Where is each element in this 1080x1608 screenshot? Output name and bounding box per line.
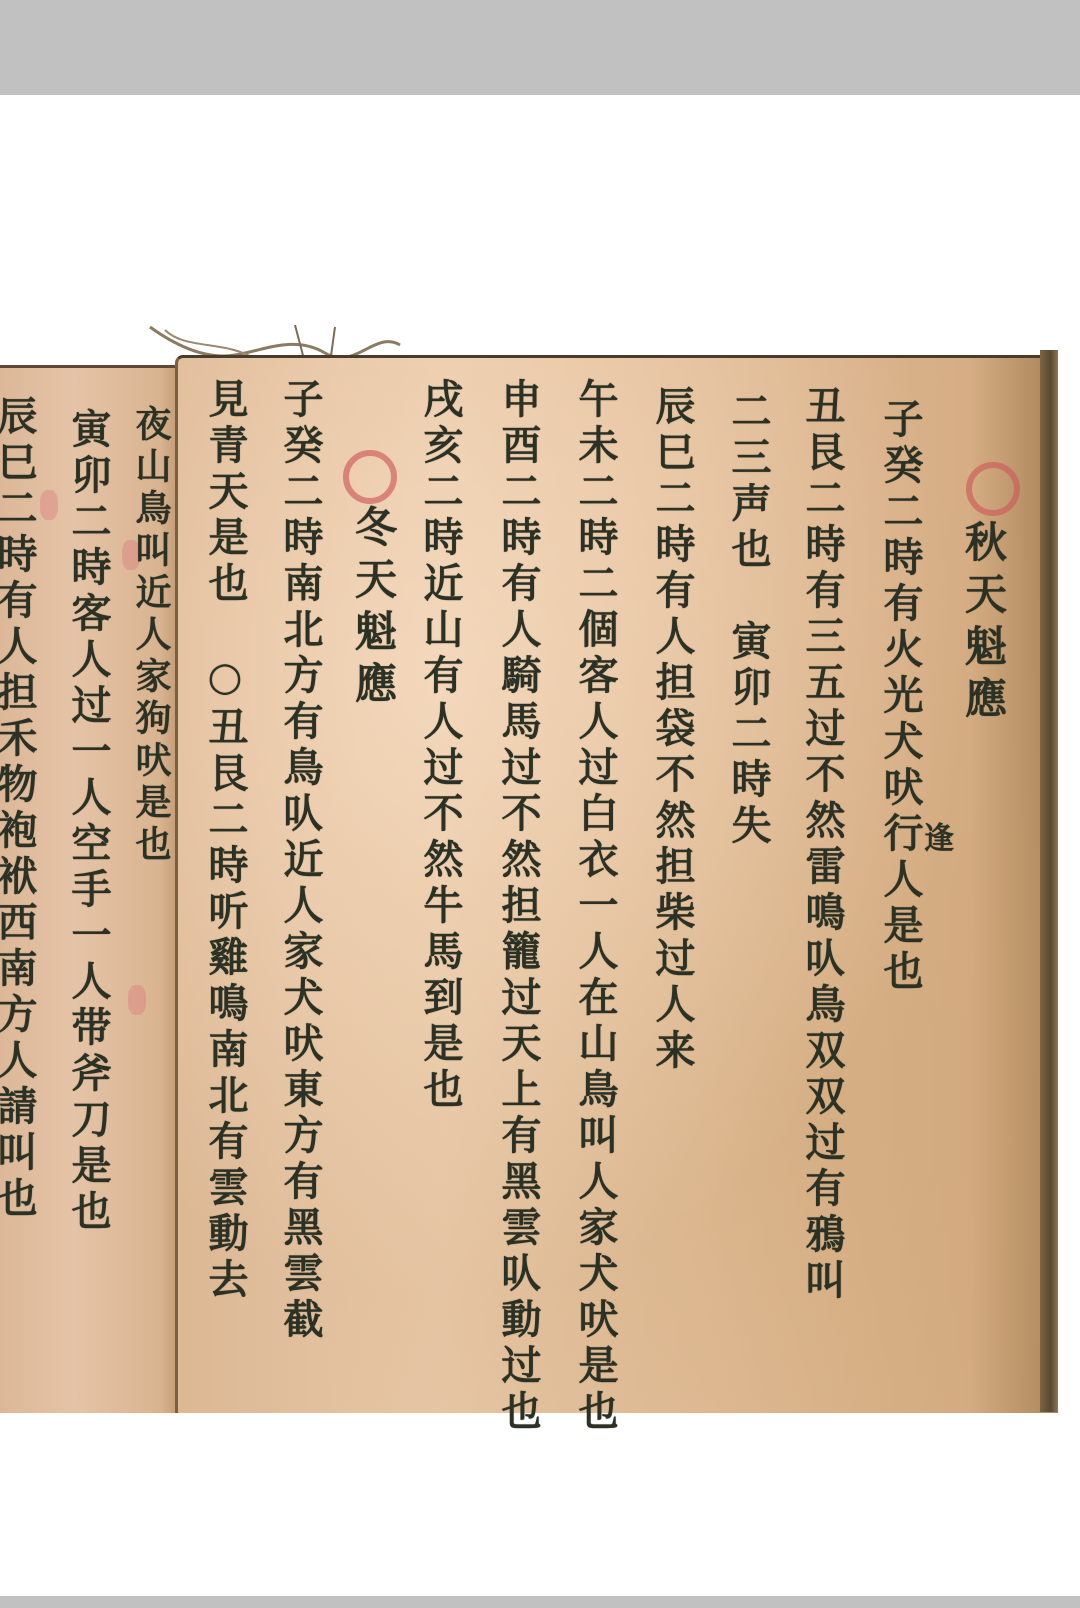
text-column: 午未二時二個客人过白衣一人在山鳥叫人家犬吠是也 xyxy=(575,378,615,1436)
text-column: 戌亥二時近山有人过不然牛馬到是也 xyxy=(420,378,460,1114)
heading-winter-response: 冬天魁應 xyxy=(352,505,394,713)
text-column: 申酉二時有人騎馬过不然担籠过天上有黑雲㕥動过也 xyxy=(498,378,538,1436)
red-stain xyxy=(128,985,146,1015)
text-column: 子癸二時南北方有鳥㕥近人家犬吠東方有黑雲截 xyxy=(280,378,320,1344)
text-column: 寅卯二時客人过一人空手一人带斧刀是也 xyxy=(68,408,108,1236)
text-column: 見青天是也 ○丑艮二時听雞鳴南北有雲動去 xyxy=(205,378,245,1304)
red-stain xyxy=(40,490,58,520)
text-column: 丑艮二時有三五过不然雷鳴㕥鳥双双过有鴉叫 xyxy=(802,385,842,1305)
text-column: 辰巳二時有人担禾物袍袱西南方人請叫也 xyxy=(0,395,34,1223)
text-column: 二三声也 寅卯二時失 xyxy=(728,390,768,850)
viewer-bottom-bar xyxy=(0,1596,1080,1608)
page-edge xyxy=(1040,350,1058,1412)
red-seal-mark xyxy=(343,450,397,504)
text-column: 子癸二時有火光犬吠行人是也 xyxy=(880,398,920,996)
marginal-annotation: 逢 xyxy=(920,822,950,858)
text-column: 夜山鳥叫近人家狗吠是也 xyxy=(132,405,168,867)
viewer-top-bar xyxy=(0,0,1080,96)
red-seal-mark xyxy=(966,462,1020,516)
heading-autumn-response: 秋天魁應 xyxy=(962,520,1004,728)
text-column: 辰巳二時有人担袋不然担柴过人来 xyxy=(652,385,692,1075)
